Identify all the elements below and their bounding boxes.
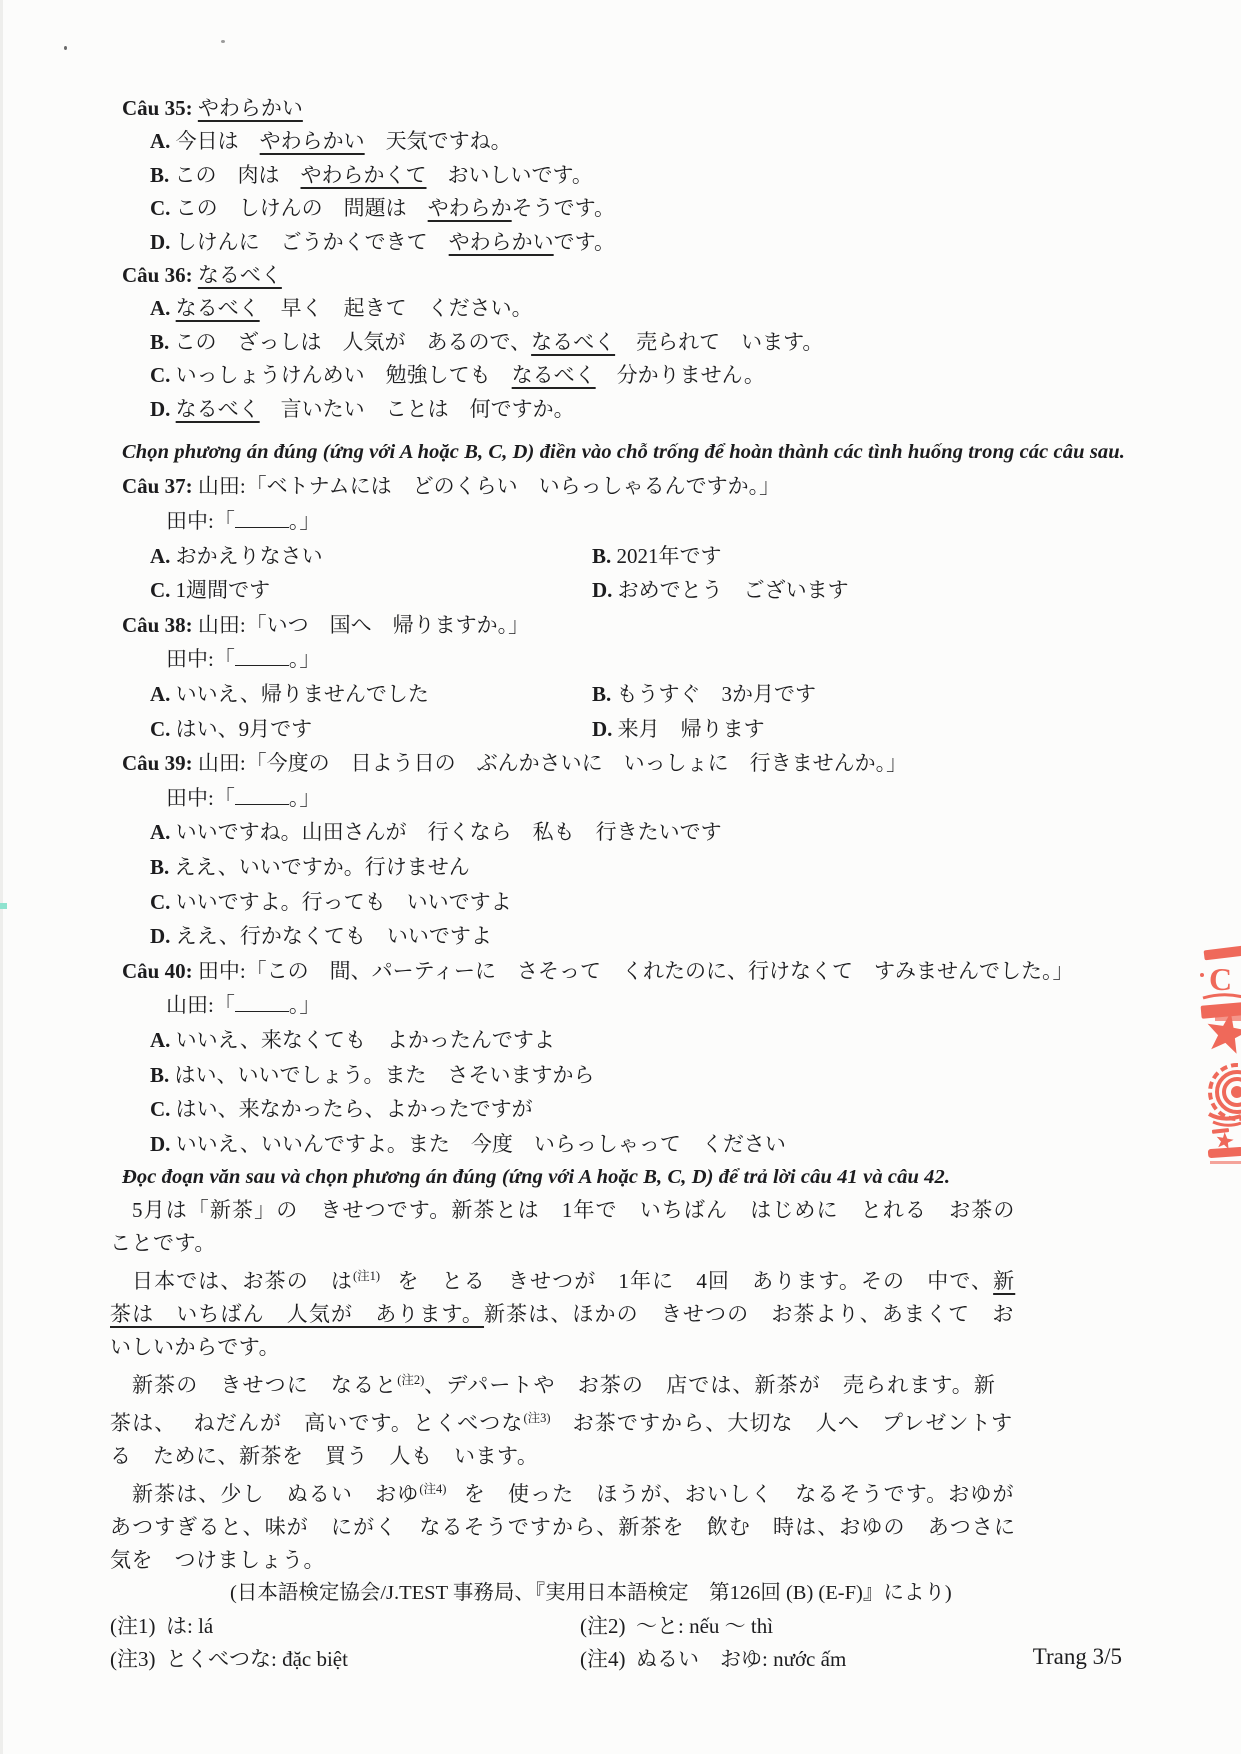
q35-option-c: C. この しけんの 問題は やわらかそうです。 (122, 192, 1132, 225)
q37-options-ab: A. おかえりなさいB. 2021年です (122, 539, 1132, 574)
q40-option-d: D. いいえ、いいんですよ。また 今度 いらっしゃって ください (122, 1127, 1132, 1162)
q39-reply-blank: 田中:「。」 (122, 781, 1132, 816)
left-column: C. 1週間です (150, 578, 270, 602)
passage-p4-l1: 新茶は、少し ぬるい おゆ(注4) を 使った ほうが、おいしく なるそうです。… (110, 1473, 1132, 1511)
q39-header: Câu 39: 山田:「今度の 日よう日の ぶんかさいに いっしょに 行きません… (122, 746, 1132, 781)
right-column: B. もうすぐ 3か月です (592, 677, 816, 712)
passage-p2-l1: 日本では、お茶の は(注1) を とる きせつが 1年に 4回 あります。その … (110, 1260, 1132, 1298)
q36-option-b: B. この ざっしは 人気が あるので、なるべく 売られて います。 (122, 326, 1132, 359)
q38-header: Câu 38: 山田:「いつ 国へ 帰りますか。」 (122, 608, 1132, 643)
document-lines: Câu 35: やわらかいA. 今日は やわらかい 天気ですね。B. この 肉は… (122, 92, 1132, 1676)
q36-option-c: C. いっしょうけんめい 勉強しても なるべく 分かりません。 (122, 359, 1132, 392)
q37-header: Câu 37: 山田:「ベトナムには どのくらい いらっしゃるんですか。」 (122, 469, 1132, 504)
scan-speck (221, 40, 225, 43)
q39-option-d: D. ええ、行かなくても いいですよ (122, 919, 1132, 954)
right-column: D. 来月 帰ります (592, 712, 765, 747)
q40-option-c: C. はい、来なかったら、よかったですが (122, 1092, 1132, 1127)
q35-option-a: A. 今日は やわらかい 天気ですね。 (122, 125, 1132, 158)
right-column: (注2) 〜と: nếu 〜 thì (580, 1610, 773, 1643)
passage-p4-l2: あつすぎると、味が にがく なるそうですから、新茶を 飲む 時は、おゆの あつさ… (110, 1511, 1132, 1544)
left-column: (注3) とくべつな: đặc biệt (110, 1647, 348, 1671)
left-column: C. はい、9月です (150, 717, 312, 741)
q35-option-b: B. この 肉は やわらかくて おいしいです。 (122, 159, 1132, 192)
q40-option-a: A. いいえ、来なくても よかったんですよ (122, 1023, 1132, 1058)
q40-reply-blank: 山田:「。」 (122, 988, 1132, 1023)
passage-p2-l3: いしいからです。 (110, 1331, 1132, 1364)
q39-option-c: C. いいですよ。行っても いいですよ (122, 885, 1132, 920)
stamp-star-small (1217, 1132, 1234, 1149)
q38-reply-blank: 田中:「。」 (122, 642, 1132, 677)
instruction-reading: Đọc đoạn văn sau và chọn phương án đúng … (122, 1161, 1132, 1194)
q38-options-cd: C. はい、9月ですD. 来月 帰ります (122, 712, 1132, 747)
stamp-marks: C (1200, 946, 1241, 1164)
stamp-emblem-rings (1209, 1065, 1241, 1125)
passage-p2-l2: 茶は いちばん 人気が あります。新茶は、ほかの きせつの お茶より、あまくて … (110, 1298, 1132, 1331)
q37-reply-blank: 田中:「。」 (122, 504, 1132, 539)
left-column: (注1) は: lá (110, 1614, 213, 1638)
passage-p1-l2: ことです。 (110, 1227, 1132, 1260)
right-column: B. 2021年です (592, 539, 722, 574)
passage-p3-l3: る ために、新茶を 買う 人も います。 (110, 1440, 1132, 1473)
q37-options-cd: C. 1週間ですD. おめでとう ございます (122, 573, 1132, 608)
scan-edge-shade (0, 0, 3, 1754)
q39-option-a: A. いいですね。山田さんが 行くなら 私も 行きたいです (122, 815, 1132, 850)
q38-options-ab: A. いいえ、帰りませんでしたB. もうすぐ 3か月です (122, 677, 1132, 712)
q35-option-d: D. しけんに ごうかくできて やわらかいです。 (122, 226, 1132, 259)
passage-p3-l2: 茶は、 ねだんが 高いです。とくべつな(注3) お茶ですから、大切な 人へ プレ… (110, 1402, 1132, 1440)
right-column: D. おめでとう ございます (592, 573, 849, 608)
stamp-letter-c: C (1209, 961, 1232, 997)
q36-header: Câu 36: なるべく (122, 259, 1132, 292)
passage-p3-l1: 新茶の きせつに なると(注2)、デパートや お茶の 店では、新茶が 売られます… (110, 1364, 1132, 1402)
passage-p1-l1: 5月は「新茶」の きせつです。新茶とは 1年で いちばん はじめに とれる お茶… (110, 1194, 1132, 1227)
answer-blank (235, 1006, 289, 1012)
right-column: (注4) ぬるい おゆ: nước ấm (580, 1643, 846, 1676)
q36-option-a: A. なるべく 早く 起きて ください。 (122, 292, 1132, 325)
instruction-fill-blank: Chọn phương án đúng (ứng với A hoặc B, C… (122, 436, 1132, 469)
notes-row-2: (注3) とくべつな: đặc biệt(注4) ぬるい おゆ: nước ấm (110, 1643, 1132, 1676)
q39-option-b: B. ええ、いいですか。行けません (122, 850, 1132, 885)
q40-header: Câu 40: 田中:「この 間、パーティーに さそって くれたのに、行けなくて… (122, 954, 1132, 989)
page-number: Trang 3/5 (1033, 1644, 1122, 1670)
answer-blank (235, 799, 289, 805)
q40-option-b: B. はい、いいでしょう。また さそいますから (122, 1058, 1132, 1093)
answer-blank (235, 660, 289, 666)
scan-speck-teal (0, 903, 7, 909)
scanned-exam-page: Câu 35: やわらかいA. 今日は やわらかい 天気ですね。B. この 肉は… (0, 0, 1241, 1754)
notes-row-1: (注1) は: lá(注2) 〜と: nếu 〜 thì (110, 1610, 1132, 1643)
scan-speck (64, 46, 67, 50)
answer-blank (235, 522, 289, 528)
q36-option-d: D. なるべく 言いたい ことは 何ですか。 (122, 393, 1132, 426)
q35-header: Câu 35: やわらかい (122, 92, 1132, 125)
left-column: A. おかえりなさい (150, 544, 323, 568)
passage-p4-l3: 気を つけましょう。 (110, 1544, 1132, 1577)
official-stamp: C (1165, 942, 1241, 1172)
passage-source: (日本語検定協会/J.TEST 事務局、『実用日本語検定 第126回 (B) (… (122, 1577, 1132, 1610)
left-column: A. いいえ、帰りませんでした (150, 682, 429, 706)
